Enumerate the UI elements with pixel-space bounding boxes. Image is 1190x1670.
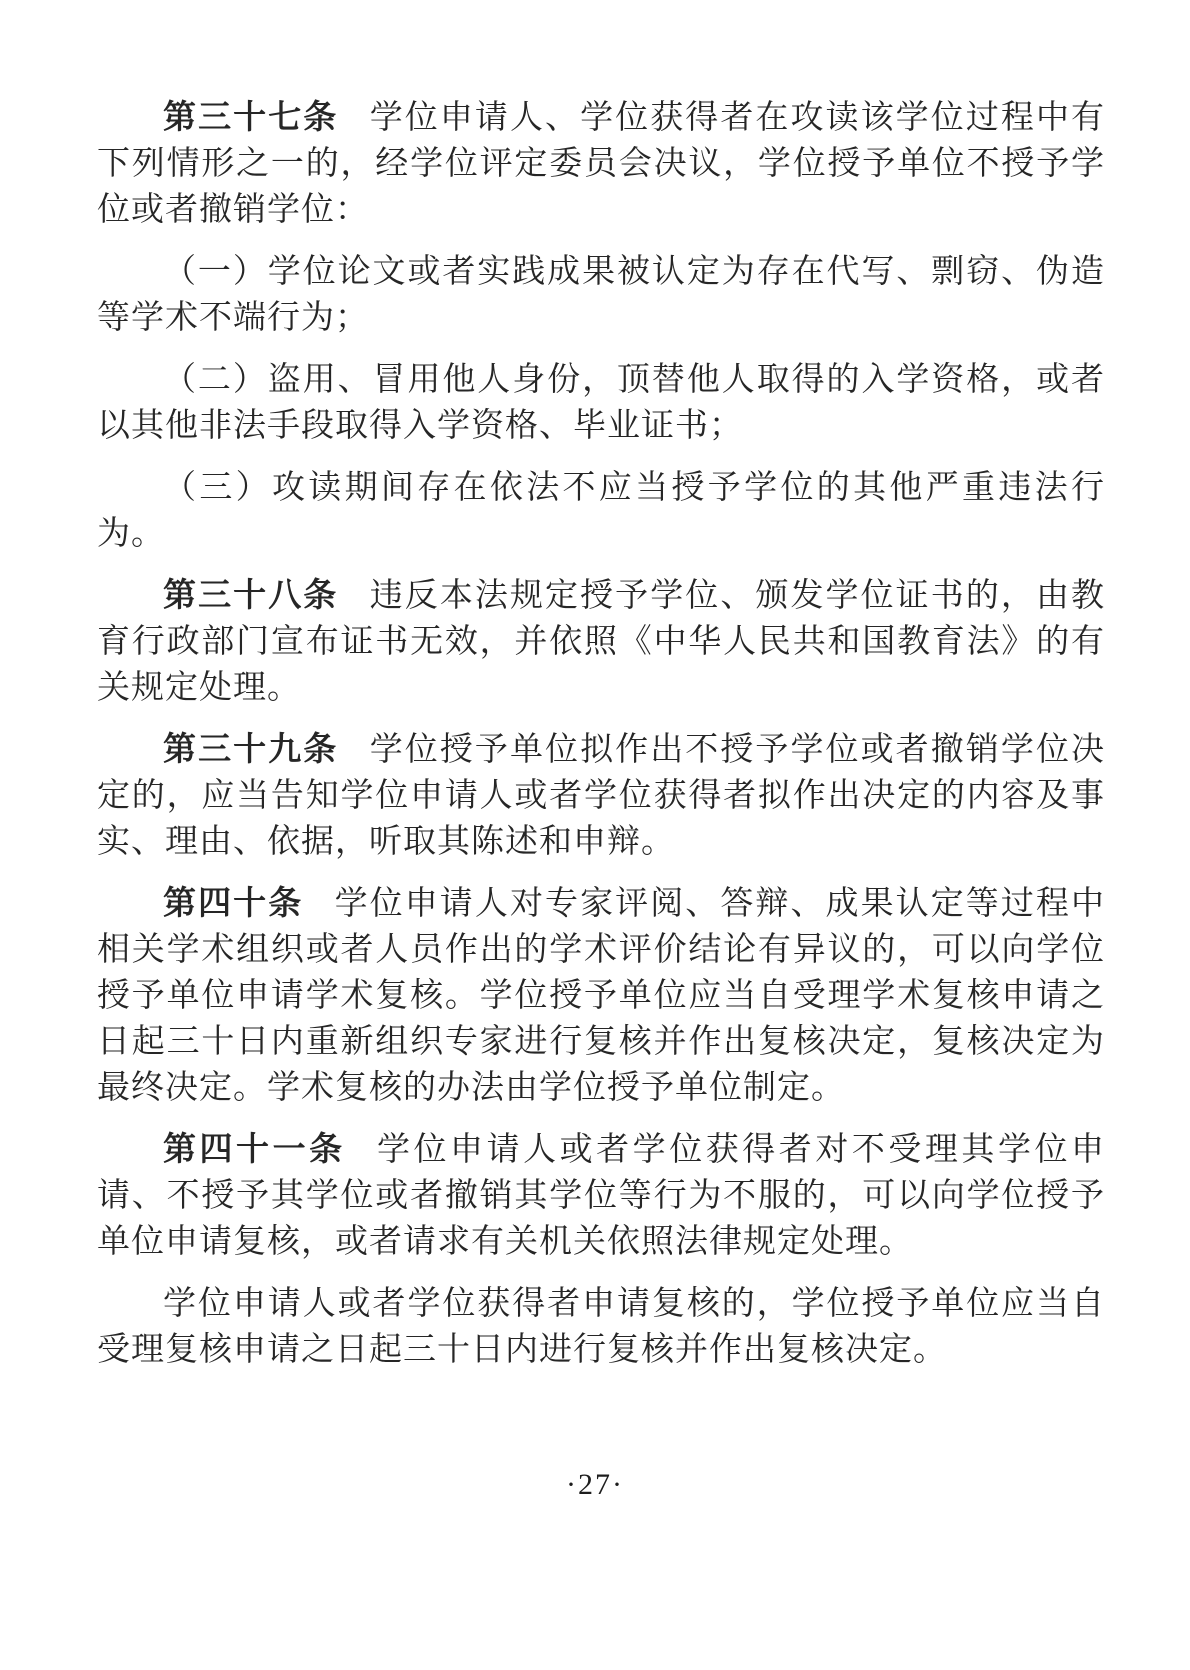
paragraph-text: （二）盗用、冒用他人身份，顶替他人取得的入学资格，或者以其他非法手段取得入学资格…: [97, 362, 1105, 444]
paragraph-text: 学位申请人或者学位获得者申请复核的，学位授予单位应当自受理复核申请之日起三十日内…: [97, 1286, 1105, 1368]
article-number: 第四十条: [163, 886, 303, 922]
paragraph: （二）盗用、冒用他人身份，顶替他人取得的入学资格，或者以其他非法手段取得入学资格…: [97, 357, 1105, 449]
paragraph: 第三十九条学位授予单位拟作出不授予学位或者撤销学位决定的，应当告知学位申请人或者…: [97, 727, 1105, 865]
document-page: 第三十七条学位申请人、学位获得者在攻读该学位过程中有下列情形之一的，经学位评定委…: [0, 0, 1190, 1670]
paragraph-text: （三）攻读期间存在依法不应当授予学位的其他严重违法行为。: [97, 470, 1105, 552]
paragraph: 第三十七条学位申请人、学位获得者在攻读该学位过程中有下列情形之一的，经学位评定委…: [97, 95, 1105, 233]
paragraph: 学位申请人或者学位获得者申请复核的，学位授予单位应当自受理复核申请之日起三十日内…: [97, 1281, 1105, 1373]
paragraph-text: （一）学位论文或者实践成果被认定为存在代写、剽窃、伪造等学术不端行为；: [97, 254, 1105, 336]
article-number: 第三十八条: [163, 578, 338, 614]
page-number: ·27·: [0, 1467, 1190, 1503]
paragraph: 第三十八条违反本法规定授予学位、颁发学位证书的，由教育行政部门宣布证书无效，并依…: [97, 573, 1105, 711]
paragraph: 第四十一条学位申请人或者学位获得者对不受理其学位申请、不授予其学位或者撤销其学位…: [97, 1127, 1105, 1265]
paragraph: （三）攻读期间存在依法不应当授予学位的其他严重违法行为。: [97, 465, 1105, 557]
article-number: 第三十七条: [163, 100, 338, 136]
paragraph: 第四十条学位申请人对专家评阅、答辩、成果认定等过程中相关学术组织或者人员作出的学…: [97, 881, 1105, 1111]
article-number: 第三十九条: [163, 732, 338, 768]
article-number: 第四十一条: [163, 1132, 346, 1168]
paragraph: （一）学位论文或者实践成果被认定为存在代写、剽窃、伪造等学术不端行为；: [97, 249, 1105, 341]
